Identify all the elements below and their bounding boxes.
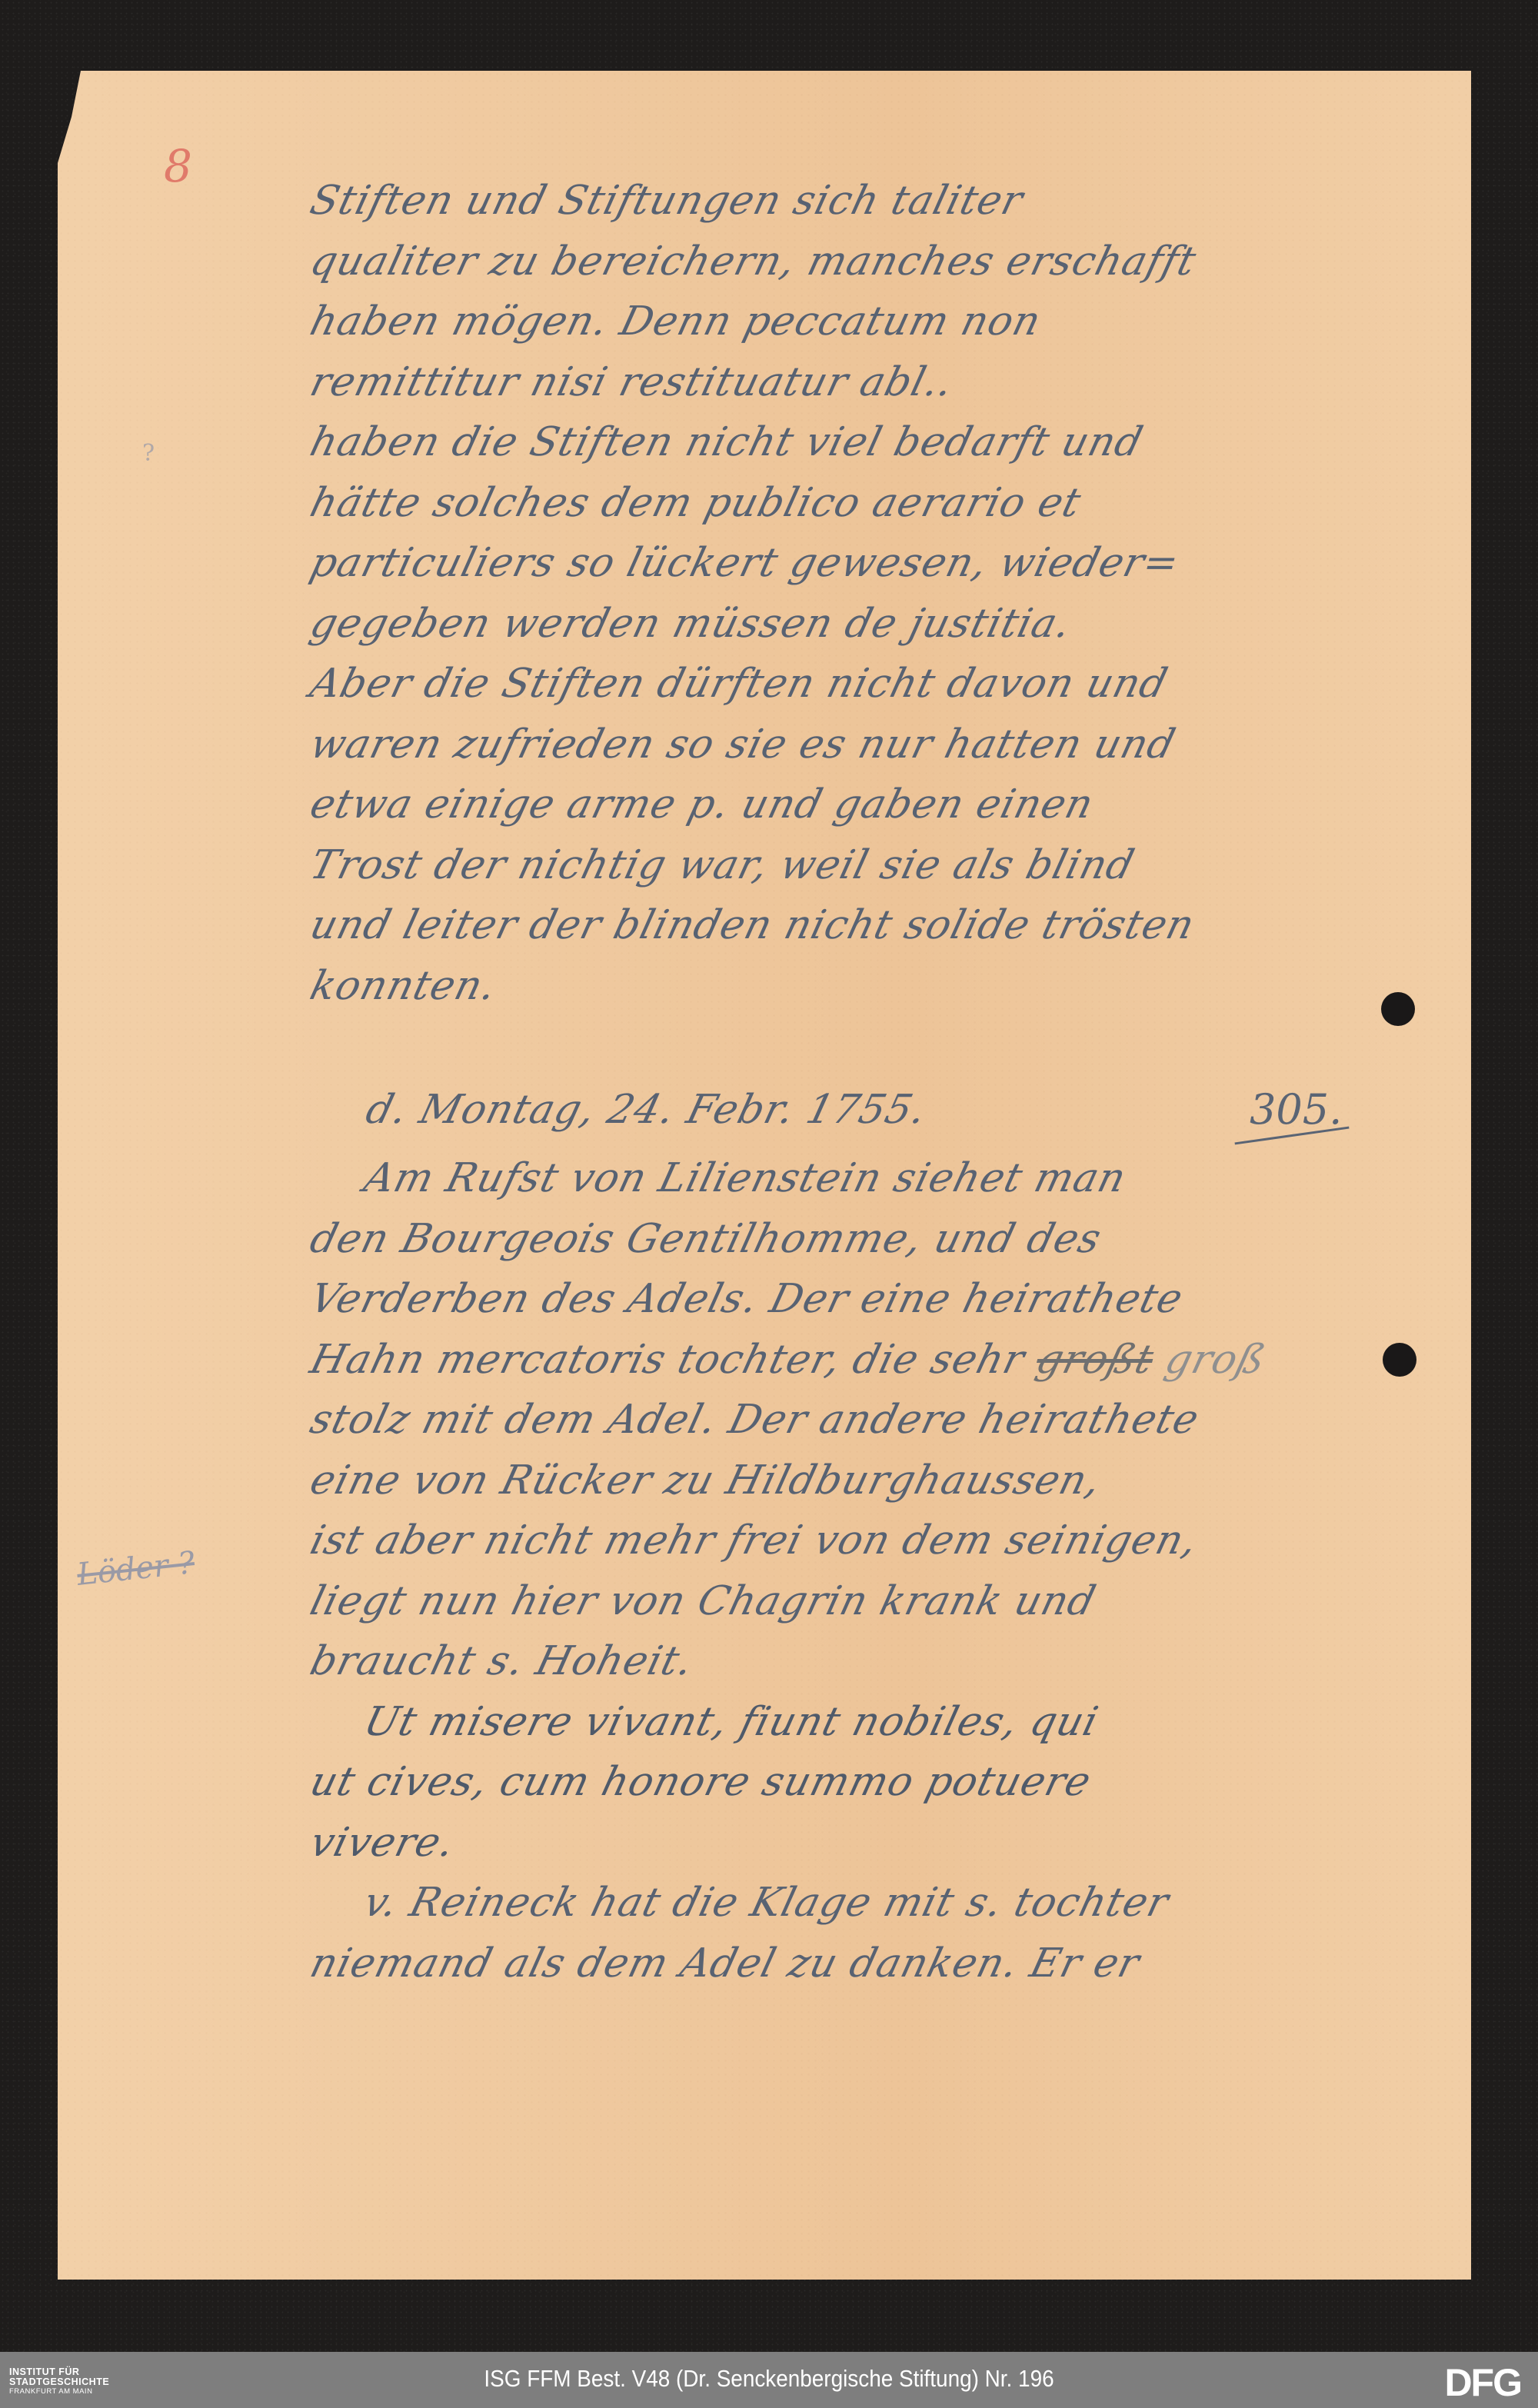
struck-word: großt xyxy=(1031,1337,1158,1383)
text-line: Am Rufst von Lilienstein siehet man xyxy=(304,1148,1488,1209)
text-line-latin: Ut misere vivant, fiunt nobiles, qui xyxy=(304,1692,1488,1753)
text-line: remittitur nisi restituatur abl.. xyxy=(304,352,1488,413)
margin-note-struck: Löder ? xyxy=(75,1545,196,1593)
scanned-page-area: 8 ? Löder ? Stiften und Stiftungen sich … xyxy=(0,0,1538,2352)
text-line: ist aber nicht mehr frei von dem seinige… xyxy=(304,1510,1488,1571)
text-line: hätte solches dem publico aerario et xyxy=(304,473,1488,534)
text-line: particuliers so lückert gewesen, wieder= xyxy=(304,533,1488,594)
text-line: stolz mit dem Adel. Der andere heirathet… xyxy=(304,1390,1488,1450)
text-line: konnten. xyxy=(304,956,1488,1017)
margin-mark: ? xyxy=(142,440,155,467)
handwritten-text-body: Stiften und Stiftungen sich taliter qual… xyxy=(304,171,1473,1993)
text-line: haben die Stiften nicht viel bedarft und xyxy=(304,412,1488,473)
text-line: etwa einige arme p. und gaben einen xyxy=(304,774,1488,835)
entry-header: d. Montag, 24. Febr. 1755. 305. xyxy=(304,1071,1473,1148)
text-line-latin: vivere. xyxy=(304,1813,1488,1873)
correction-word: groß xyxy=(1160,1337,1270,1383)
text-line: qualiter zu bereichern, manches erschaff… xyxy=(304,231,1488,292)
text-line: haben mögen. Denn peccatum non xyxy=(304,291,1488,352)
text-line: Aber die Stiften dürften nicht davon und xyxy=(304,654,1488,714)
text-line: braucht s. Hoheit. xyxy=(304,1631,1488,1692)
text-line-with-correction: Hahn mercatoris tochter, die sehr großt … xyxy=(304,1330,1488,1391)
manuscript-page: 8 ? Löder ? Stiften und Stiftungen sich … xyxy=(58,71,1471,2280)
text-line: Stiften und Stiftungen sich taliter xyxy=(304,171,1488,231)
text-line: niemand als dem Adel zu danken. Er er xyxy=(304,1933,1488,1994)
text-line: waren zufrieden so sie es nur hatten und xyxy=(304,714,1488,775)
text-line: den Bourgeois Gentilhomme, und des xyxy=(304,1209,1488,1270)
text-segment: Hahn mercatoris tochter, die sehr xyxy=(305,1337,1030,1383)
folio-number: 305. xyxy=(1250,1071,1342,1148)
text-line-latin: ut cives, cum honore summo potuere xyxy=(304,1752,1488,1813)
text-line: v. Reineck hat die Klage mit s. tochter xyxy=(304,1873,1488,1933)
page-number: 8 xyxy=(164,140,192,192)
archive-caption: ISG FFM Best. V48 (Dr. Senckenbergische … xyxy=(77,2365,1461,2393)
text-line: Verderben des Adels. Der eine heirathete xyxy=(304,1269,1488,1330)
footer-bar: INSTITUT FÜR STADTGESCHICHTE FRANKFURT A… xyxy=(0,2352,1538,2408)
dfg-logo: DFG xyxy=(1444,2363,1521,2402)
text-line: gegeben werden müssen de justitia. xyxy=(304,594,1488,654)
text-line: und leiter der blinden nicht solide trös… xyxy=(304,895,1488,956)
text-line: Trost der nichtig war, weil sie als blin… xyxy=(304,835,1488,896)
text-line: eine von Rücker zu Hildburghaussen, xyxy=(304,1450,1488,1511)
text-line: liegt nun hier von Chagrin krank und xyxy=(304,1571,1488,1632)
